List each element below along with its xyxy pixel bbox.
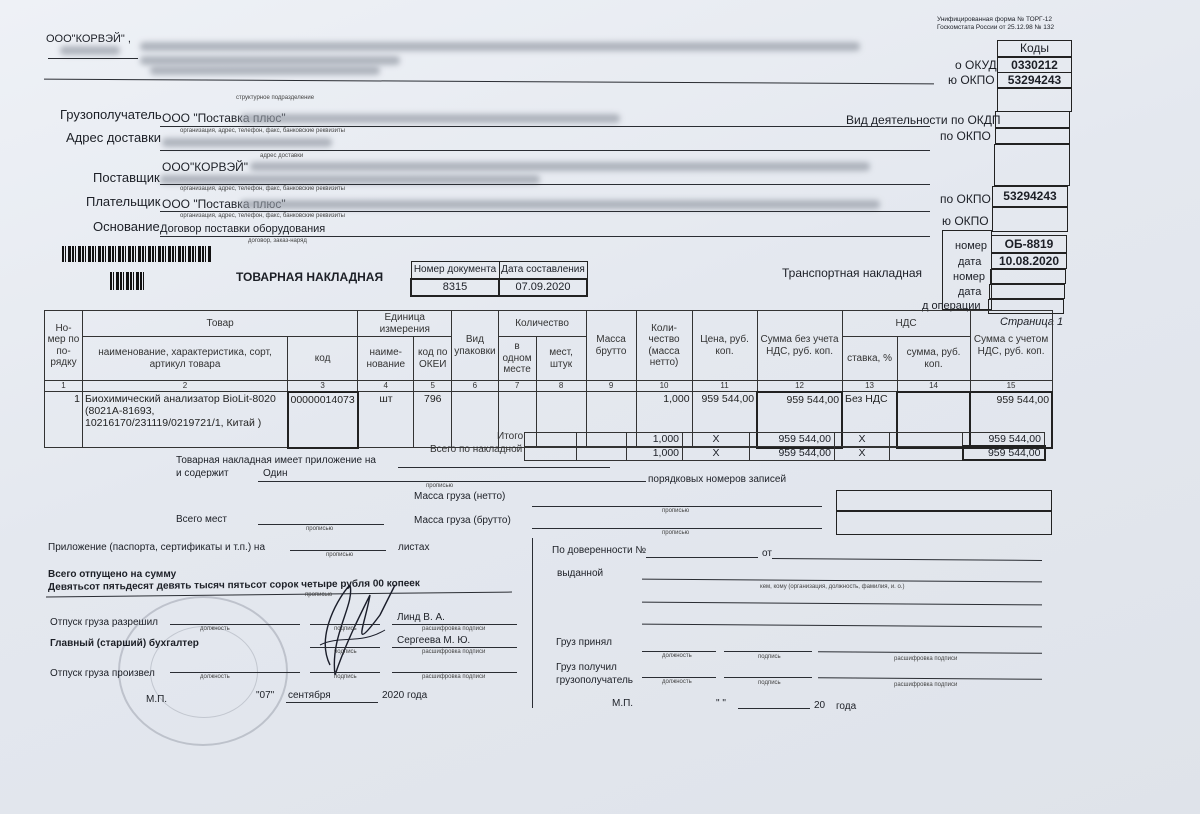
colnum: 8 <box>536 381 586 392</box>
total-gross <box>577 446 627 460</box>
release-allowed-label: Отпуск груза разрешил <box>50 617 158 628</box>
proxy-from-label: от <box>762 548 772 559</box>
decode-caption: расшифровка подписи <box>422 649 485 655</box>
supplier-value: ООО"КОРВЭЙ" <box>162 160 248 174</box>
colnum: 14 <box>897 381 970 392</box>
torg12-document: Унифицированная форма № ТОРГ-12 Госкомст… <box>0 0 1200 814</box>
supplier-okpo-label: по ОКПО <box>940 192 991 206</box>
structural-unit-caption: структурное подразделение <box>236 95 314 101</box>
code-cell-empty-2 <box>994 144 1070 186</box>
colnum: 2 <box>83 381 288 392</box>
issued-line-3 <box>642 624 1042 628</box>
colnum: 4 <box>358 381 414 392</box>
doc-date-header: Дата составления <box>499 262 587 279</box>
transport-number-label: номер <box>953 271 985 283</box>
received-label-1: Груз получил <box>556 662 617 673</box>
codes-header: Коды <box>997 40 1072 57</box>
colnum: 13 <box>842 381 897 392</box>
received-decode-line <box>818 677 1042 680</box>
decode-caption: расшифровка подписи <box>894 682 957 688</box>
colnum: 3 <box>288 381 358 392</box>
total-sum-vat: 959 544,00 <box>963 446 1045 460</box>
colnum: 6 <box>452 381 498 392</box>
proxy-date-line <box>772 558 1042 561</box>
release-made-position-line <box>170 672 300 673</box>
propisyu-caption: прописью <box>662 508 689 514</box>
mp-label: М.П. <box>146 694 167 705</box>
accepted-position-line <box>642 651 716 652</box>
col-vat-rate-header: ставка, % <box>842 337 897 381</box>
colnum: 9 <box>586 381 636 392</box>
col-net-header: Коли-чество (масса нетто) <box>636 311 692 381</box>
signature-caption: подпись <box>334 649 357 655</box>
decode-caption: расшифровка подписи <box>894 656 957 662</box>
doc-number-table: Номер документа Дата составления 8315 07… <box>410 261 588 297</box>
release-made-decode-line <box>392 672 517 673</box>
okpo-shipper-code: 53294243 <box>997 72 1072 88</box>
row-okei: 796 <box>414 392 452 448</box>
row-no: 1 <box>45 392 83 448</box>
itogo-vat-sum <box>890 433 963 447</box>
sheets-label: листах <box>398 542 429 553</box>
grand-total-row: 1,000 Х 959 544,00 Х 959 544,00 <box>525 446 1045 460</box>
accountant-signature-line <box>310 647 380 648</box>
col-goods-name-header: наименование, характеристика, сорт, арти… <box>83 337 288 381</box>
basis-number-label: номер <box>955 240 987 252</box>
colnum: 5 <box>414 381 452 392</box>
records-count-value: Один <box>263 468 288 479</box>
itogo-vat-rate: Х <box>835 433 890 447</box>
okud-code: 0330212 <box>997 57 1072 73</box>
consignee-caption: организация, адрес, телефон, факс, банко… <box>180 128 345 134</box>
goods-table: Но-мер по по-рядку Товар Единица измерен… <box>44 310 1053 449</box>
code-cell-empty <box>997 88 1072 112</box>
transport-date-cell <box>989 284 1065 299</box>
delivery-line <box>160 150 930 151</box>
itogo-gross <box>577 433 627 447</box>
row-code: 00000014073 <box>288 392 358 448</box>
release-date-line <box>286 702 378 703</box>
release-allowed-position-line <box>170 624 300 625</box>
section-divider <box>532 538 533 708</box>
total-price: Х <box>683 446 750 460</box>
col-qty-header: Количество <box>498 311 586 337</box>
appendix-line <box>290 550 386 551</box>
net-mass-box <box>836 490 1052 511</box>
accountant-decode-line <box>392 647 517 648</box>
position-caption: должность <box>662 679 692 685</box>
consignee-line <box>160 126 930 127</box>
issued-label: выданной <box>557 568 603 579</box>
barcode-icon <box>62 246 212 262</box>
attachment-line1: Товарная накладная имеет приложение на <box>176 455 376 466</box>
payer-okpo-label: ю ОКПО <box>942 214 989 228</box>
receipt-date-quotes: " " <box>716 698 726 709</box>
consignee-label: Грузополучатель <box>60 107 162 122</box>
row-unit: шт <box>358 392 414 448</box>
release-date-day: "07" <box>256 690 274 701</box>
itogo-label: Итого <box>497 431 523 442</box>
issued-line-2 <box>642 602 1042 606</box>
decode-caption: расшифровка подписи <box>422 674 485 680</box>
totals-table: 1,000 Х 959 544,00 Х 959 544,00 1,000 Х … <box>524 432 1046 461</box>
col-price-header: Цена, руб. коп. <box>692 311 757 381</box>
col-unit-header: Единица измерения <box>358 311 452 337</box>
structural-unit-line <box>44 79 934 85</box>
col-sum-novat-header: Сумма без учета НДС, руб. коп. <box>757 311 842 381</box>
propisyu-caption: прописью <box>662 530 689 536</box>
accountant-label: Главный (старший) бухгалтер <box>50 638 199 649</box>
received-signature-line <box>724 677 812 678</box>
gross-mass-label: Масса груза (брутто) <box>414 515 511 526</box>
propisyu-caption: прописью <box>426 483 453 489</box>
release-allowed-name: Линд В. А. <box>397 612 445 623</box>
form-reference-line1: Унифицированная форма № ТОРГ-12 <box>937 16 1054 24</box>
proxy-label: По доверенности № <box>552 545 646 556</box>
total-label: Всего по накладной <box>430 444 522 455</box>
itogo-price: Х <box>683 433 750 447</box>
appendix-label: Приложение (паспорта, сертификаты и т.п.… <box>48 542 265 553</box>
col-gross-header: Масса брутто <box>586 311 636 381</box>
release-allowed-signature-line <box>310 624 380 625</box>
net-mass-line <box>532 506 822 507</box>
signature-caption: подпись <box>334 626 357 632</box>
supplier-okpo-code: 53294243 <box>992 186 1068 207</box>
itogo-sum-novat: 959 544,00 <box>750 433 835 447</box>
colnum: 15 <box>970 381 1052 392</box>
payer-line <box>160 211 930 212</box>
gross-mass-line <box>532 528 822 529</box>
itogo-net: 1,000 <box>627 433 683 447</box>
doc-number-header: Номер документа <box>411 262 499 279</box>
col-vat-sum-header: сумма, руб. коп. <box>897 337 970 381</box>
row-name: Биохимический анализатор BioLit-8020 (80… <box>83 392 288 448</box>
signature-caption: подпись <box>758 680 781 686</box>
col-okei-header: код по ОКЕИ <box>414 337 452 381</box>
total-vat-rate: Х <box>835 446 890 460</box>
col-no-header: Но-мер по по-рядку <box>45 311 83 381</box>
itogo-places <box>525 433 577 447</box>
basis-number-value: ОБ-8819 <box>991 235 1067 253</box>
released-sum-label: Всего отпущено на сумму <box>48 569 176 580</box>
mp2-label: М.П. <box>612 698 633 709</box>
basis-caption: договор, заказ-наряд <box>248 238 307 244</box>
records-count-line <box>258 481 646 482</box>
receipt-date-line <box>738 708 810 709</box>
proxy-number-line <box>646 557 758 558</box>
colnum: 11 <box>692 381 757 392</box>
accepted-signature-line <box>724 651 812 652</box>
doc-date-value: 07.09.2020 <box>499 279 587 296</box>
basis-date-label: дата <box>958 256 981 268</box>
col-pack-header: Вид упаковки <box>452 311 498 381</box>
col-unit-name-header: наиме-нование <box>358 337 414 381</box>
release-made-label: Отпуск груза произвел <box>50 668 155 679</box>
issued-line <box>642 579 1042 583</box>
basis-date-value: 10.08.2020 <box>991 253 1067 269</box>
gross-mass-box <box>836 511 1052 535</box>
total-net: 1,000 <box>627 446 683 460</box>
shipper-name: ООО"КОРВЭЙ" , <box>46 33 131 45</box>
basis-value: Договор поставки оборудования <box>160 223 325 235</box>
records-label: порядковых номеров записей <box>648 474 786 485</box>
decode-caption: расшифровка подписи <box>422 626 485 632</box>
propisyu-caption: прописью <box>326 552 353 558</box>
position-caption: должность <box>662 653 692 659</box>
attachment-sheets-line <box>398 467 610 468</box>
attachment-line2: и содержит <box>176 468 229 479</box>
document-title: ТОВАРНАЯ НАКЛАДНАЯ <box>236 270 383 284</box>
col-goods-code-header: код <box>288 337 358 381</box>
payer-okpo-code <box>992 207 1068 232</box>
col-qty-places-header: мест, штук <box>536 337 586 381</box>
received-label-2: грузополучатель <box>556 675 633 686</box>
col-sum-vat-header: Сумма с учетом НДС, руб. коп. <box>970 311 1052 381</box>
received-position-line <box>642 677 716 678</box>
okpo-label: ю ОКПО <box>948 73 995 87</box>
released-sum-line <box>46 592 512 598</box>
propisyu-caption: прописью <box>306 526 333 532</box>
position-caption: должность <box>200 626 230 632</box>
position-caption: должность <box>200 674 230 680</box>
okdp-code <box>995 111 1070 128</box>
transport-date-label: дата <box>958 286 981 298</box>
release-date-year: 2020 года <box>382 690 427 701</box>
payer-label: Плательщик <box>86 194 160 209</box>
accountant-name: Сергеева М. Ю. <box>397 635 470 646</box>
basis-label: Основание <box>93 219 160 234</box>
itogo-sum-vat: 959 544,00 <box>963 433 1045 447</box>
places-line <box>258 524 384 525</box>
signature-caption: подпись <box>334 674 357 680</box>
transport-waybill-label: Транспортная накладная <box>782 266 922 280</box>
form-reference-line2: Госкомстата России от 25.12.98 № 132 <box>937 24 1054 32</box>
okdp-label: Вид деятельности по ОКДП <box>846 113 1001 127</box>
receipt-date-suffix: года <box>836 701 856 712</box>
places-label: Всего мест <box>176 514 227 525</box>
okud-label: о ОКУД <box>955 58 997 72</box>
release-allowed-decode-line <box>392 624 517 625</box>
column-number-row: 1 2 3 4 5 6 7 8 9 10 11 12 13 14 15 <box>45 381 1053 392</box>
supplier-line <box>160 184 930 185</box>
total-places <box>525 446 577 460</box>
colnum: 12 <box>757 381 842 392</box>
net-mass-label: Масса груза (нетто) <box>414 491 505 502</box>
payer-caption: организация, адрес, телефон, факс, банко… <box>180 213 345 219</box>
shipper-underline <box>48 58 138 59</box>
consignee-okpo-code <box>995 128 1070 144</box>
total-sum-novat: 959 544,00 <box>750 446 835 460</box>
consignee-okpo-label: по ОКПО <box>940 129 991 143</box>
receipt-date-year: 20 <box>814 700 825 711</box>
delivery-address-label: Адрес доставки <box>66 130 161 145</box>
col-goods-header: Товар <box>83 311 358 337</box>
barcode-small-icon <box>110 272 146 290</box>
colnum: 7 <box>498 381 536 392</box>
release-date-month: сентября <box>288 690 331 701</box>
colnum: 10 <box>636 381 692 392</box>
issued-caption: кем, кому (организация, должность, фамил… <box>760 584 905 590</box>
delivery-caption: адрес доставки <box>260 153 303 159</box>
supplier-caption: организация, адрес, телефон, факс, банко… <box>180 186 345 192</box>
col-qty-one-header: в одном месте <box>498 337 536 381</box>
accepted-label: Груз принял <box>556 637 612 648</box>
total-vat-sum <box>890 446 963 460</box>
basis-line <box>160 236 930 237</box>
supplier-label: Поставщик <box>93 170 160 185</box>
form-reference: Унифицированная форма № ТОРГ-12 Госкомст… <box>937 16 1054 32</box>
transport-number-cell <box>990 269 1066 284</box>
doc-number-value: 8315 <box>411 279 499 296</box>
row-pack <box>452 392 498 448</box>
signature-caption: подпись <box>758 654 781 660</box>
col-vat-header: НДС <box>842 311 970 337</box>
colnum: 1 <box>45 381 83 392</box>
accepted-decode-line <box>818 651 1042 654</box>
itogo-row: 1,000 Х 959 544,00 Х 959 544,00 <box>525 433 1045 447</box>
release-made-signature-line <box>310 672 380 673</box>
